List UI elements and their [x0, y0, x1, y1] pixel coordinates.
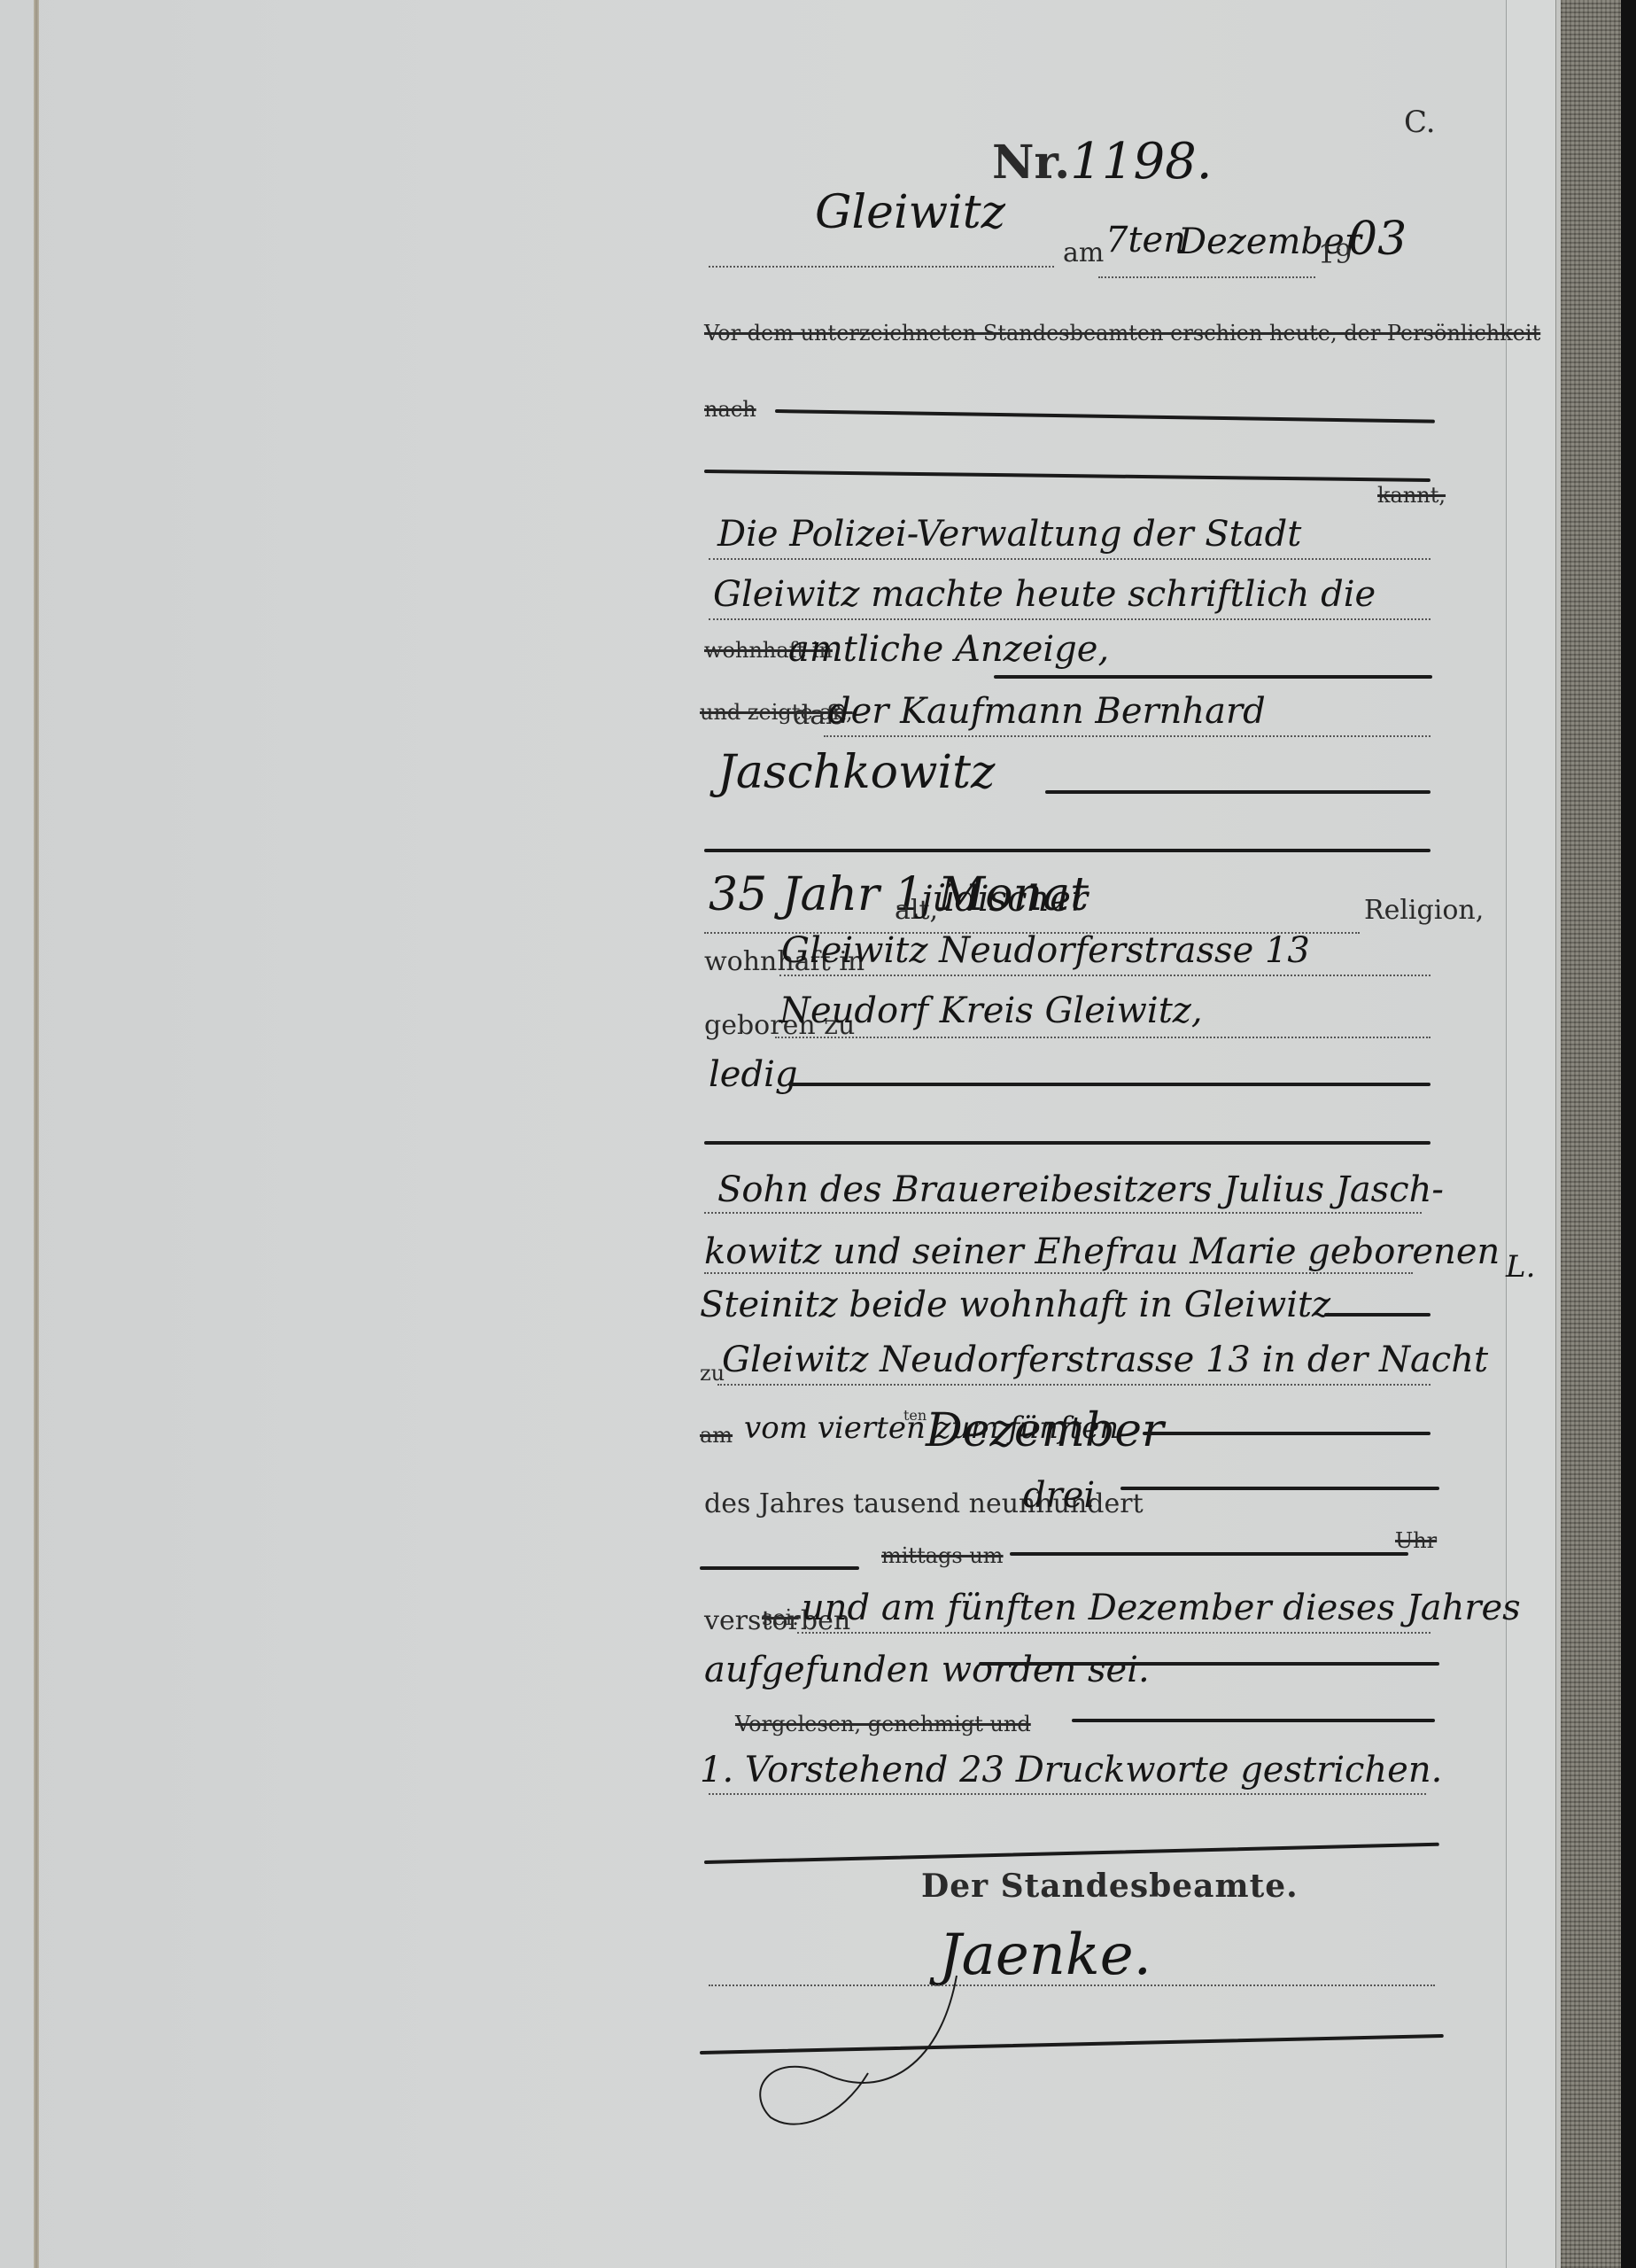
- register-number-value: 1198.: [1070, 133, 1212, 190]
- margin-mark: L.: [1506, 1249, 1535, 1285]
- parents-line-2: kowitz und seiner Ehefrau Marie geborene…: [704, 1231, 1500, 1272]
- correction-note: 1. Vorstehend 23 Druckworte gestrichen.: [700, 1750, 1442, 1790]
- found-line-1: und am fünften Dezember dieses Jahres: [802, 1588, 1521, 1628]
- struck-am: am: [700, 1423, 733, 1448]
- zu-label: zu: [700, 1361, 725, 1386]
- am-label: am: [1063, 237, 1104, 268]
- found-line-2: aufgefunden worden sei.: [704, 1650, 1150, 1690]
- date-day: 7ten: [1105, 220, 1186, 260]
- religion-label: Religion,: [1364, 895, 1484, 926]
- struck-kannt: kannt,: [1377, 483, 1446, 508]
- informant-line-2: Gleiwitz machte heute schriftlich die: [713, 574, 1376, 615]
- register-number-prefix: Nr.: [992, 136, 1070, 190]
- struck-sei: sei.: [762, 1605, 799, 1630]
- struck-nach: nach: [704, 397, 756, 422]
- year-value: drei: [1023, 1475, 1095, 1516]
- deceased-title-name: der Kaufmann Bernhard: [828, 691, 1266, 732]
- year-suffix: 03: [1348, 213, 1407, 266]
- residence-value: Gleiwitz Neudorferstrasse 13: [781, 930, 1310, 971]
- book-binding-cloth: [1561, 0, 1621, 2268]
- parents-line-3: Steinitz beide wohnhaft in Gleiwitz: [700, 1285, 1330, 1325]
- parents-line-1: Sohn des Brauereibesitzers Julius Jasch-: [717, 1169, 1444, 1210]
- birth-value: Neudorf Kreis Gleiwitz,: [779, 990, 1203, 1031]
- registrar-title: Der Standesbeamte.: [921, 1868, 1299, 1905]
- year-prefix: 19: [1318, 239, 1352, 270]
- deceased-surname: Jaschkowitz: [717, 746, 995, 799]
- death-month: Dezember: [926, 1404, 1164, 1457]
- struck-intro-line: Vor dem unterzeichneten Standesbeamten e…: [704, 321, 1540, 346]
- place-value: Gleiwitz: [815, 186, 1005, 239]
- informant-line-1: Die Polizei-Verwaltung der Stadt: [717, 514, 1301, 555]
- informant-line-3: amtliche Anzeige,: [788, 629, 1109, 670]
- register-number: Nr.1198.: [992, 133, 1213, 190]
- ten-label: ten: [903, 1407, 927, 1424]
- struck-mittags-um: mittags um: [881, 1543, 1004, 1568]
- page-gutter: [34, 0, 39, 2268]
- struck-vorgelesen: Vorgelesen, genehmigt und: [735, 1712, 1031, 1736]
- background-edge: [1621, 0, 1636, 2268]
- death-place: Gleiwitz Neudorferstrasse 13 in der Nach…: [722, 1340, 1488, 1380]
- corner-letter: C.: [1404, 105, 1436, 140]
- struck-uhr: Uhr: [1395, 1528, 1437, 1553]
- religion-value: jüdischer: [921, 879, 1088, 920]
- marital-status: ledig: [709, 1054, 797, 1095]
